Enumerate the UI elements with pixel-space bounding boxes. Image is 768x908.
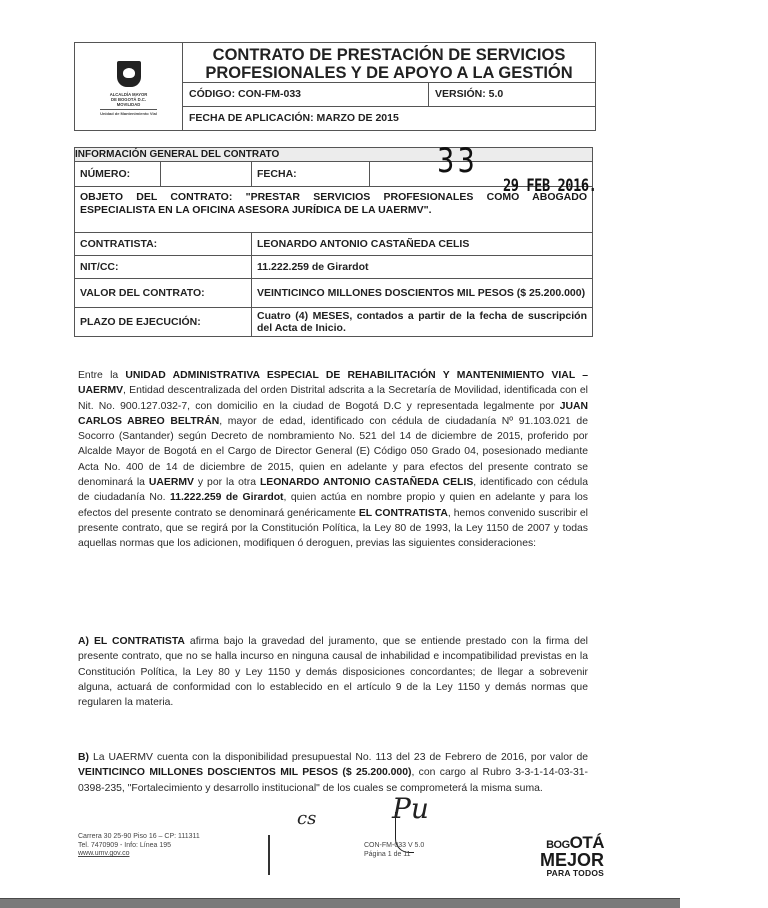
bogota-coat-of-arms-icon	[117, 61, 141, 87]
entity-logo: ALCALDÍA MAYOR DE BOGOTÁ D.C. MOVILIDAD …	[75, 43, 183, 130]
contract-number-stamp: 33	[437, 141, 478, 181]
title-line-1: CONTRATO DE PRESTACIÓN DE SERVICIOS	[183, 46, 595, 64]
logo-text-line: MOVILIDAD	[117, 102, 141, 107]
application-date: FECHA DE APLICACIÓN: MARZO DE 2015	[183, 107, 405, 129]
numero-label: NÚMERO:	[75, 162, 161, 186]
consideration-a: A) EL CONTRATISTA afirma bajo la graveda…	[78, 634, 588, 710]
form-version: VERSIÓN: 5.0	[429, 83, 509, 106]
consideration-b: B) La UAERMV cuenta con la disponibilida…	[78, 750, 588, 796]
table-row: VALOR DEL CONTRATO: VEINTICINCO MILLONES…	[75, 279, 592, 308]
intro-paragraph: Entre la UNIDAD ADMINISTRATIVA ESPECIAL …	[78, 368, 588, 552]
form-code: CÓDIGO: CON-FM-033	[183, 83, 429, 106]
row-value: LEONARDO ANTONIO CASTAÑEDA CELIS	[252, 233, 592, 255]
table-row: CONTRATISTA: LEONARDO ANTONIO CASTAÑEDA …	[75, 233, 592, 256]
logo-mejor: MEJOR	[540, 851, 604, 869]
fecha-label: FECHA:	[252, 162, 370, 186]
row-value: Cuatro (4) MESES, contados a partir de l…	[252, 308, 592, 336]
document-page: ALCALDÍA MAYOR DE BOGOTÁ D.C. MOVILIDAD …	[0, 0, 768, 908]
info-table-caption: INFORMACIÓN GENERAL DEL CONTRATO	[75, 148, 592, 162]
row-label: PLAZO DE EJECUCIÓN:	[75, 308, 252, 336]
footer-page-info: CON-FM-033 V 5.0 Página 1 de 11	[364, 842, 424, 859]
table-row: NIT/CC: 11.222.259 de Girardot	[75, 256, 592, 279]
logo-para-todos: PARA TODOS	[540, 869, 604, 878]
row-value: 11.222.259 de Girardot	[252, 256, 592, 278]
row-value: VEINTICINCO MILLONES DOSCIENTOS MIL PESO…	[252, 279, 592, 307]
footer-divider	[268, 835, 270, 875]
footer-address: Carrera 30 25-90 Piso 16 – CP: 111311	[78, 833, 200, 842]
form-header: ALCALDÍA MAYOR DE BOGOTÁ D.C. MOVILIDAD …	[74, 42, 596, 131]
document-title: CONTRATO DE PRESTACIÓN DE SERVICIOS PROF…	[183, 43, 595, 83]
footer-website-link[interactable]: www.umv.gov.co	[78, 850, 200, 859]
numero-value	[161, 162, 252, 186]
footer-phone: Tel. 7470909 - Info: Línea 195	[78, 842, 200, 851]
footer-form-code: CON-FM-033 V 5.0	[364, 842, 424, 851]
bogota-mejor-logo: BOGOTÁ MEJOR PARA TODOS	[540, 834, 604, 878]
contract-date-stamp: 29 FEB 2016.	[503, 176, 596, 196]
initials-signature: cs	[297, 808, 316, 829]
row-label: VALOR DEL CONTRATO:	[75, 279, 252, 307]
title-line-2: PROFESIONALES Y DE APOYO A LA GESTIÓN	[183, 64, 595, 82]
row-label: CONTRATISTA:	[75, 233, 252, 255]
logo-subtitle: Unidad de Mantenimiento Vial	[100, 109, 157, 116]
footer-contact: Carrera 30 25-90 Piso 16 – CP: 111311 Te…	[78, 833, 200, 859]
footer-page-number: Página 1 de 11	[364, 851, 424, 860]
viewer-bottom-bar	[0, 898, 680, 908]
row-label: NIT/CC:	[75, 256, 252, 278]
table-row: PLAZO DE EJECUCIÓN: Cuatro (4) MESES, co…	[75, 308, 592, 336]
